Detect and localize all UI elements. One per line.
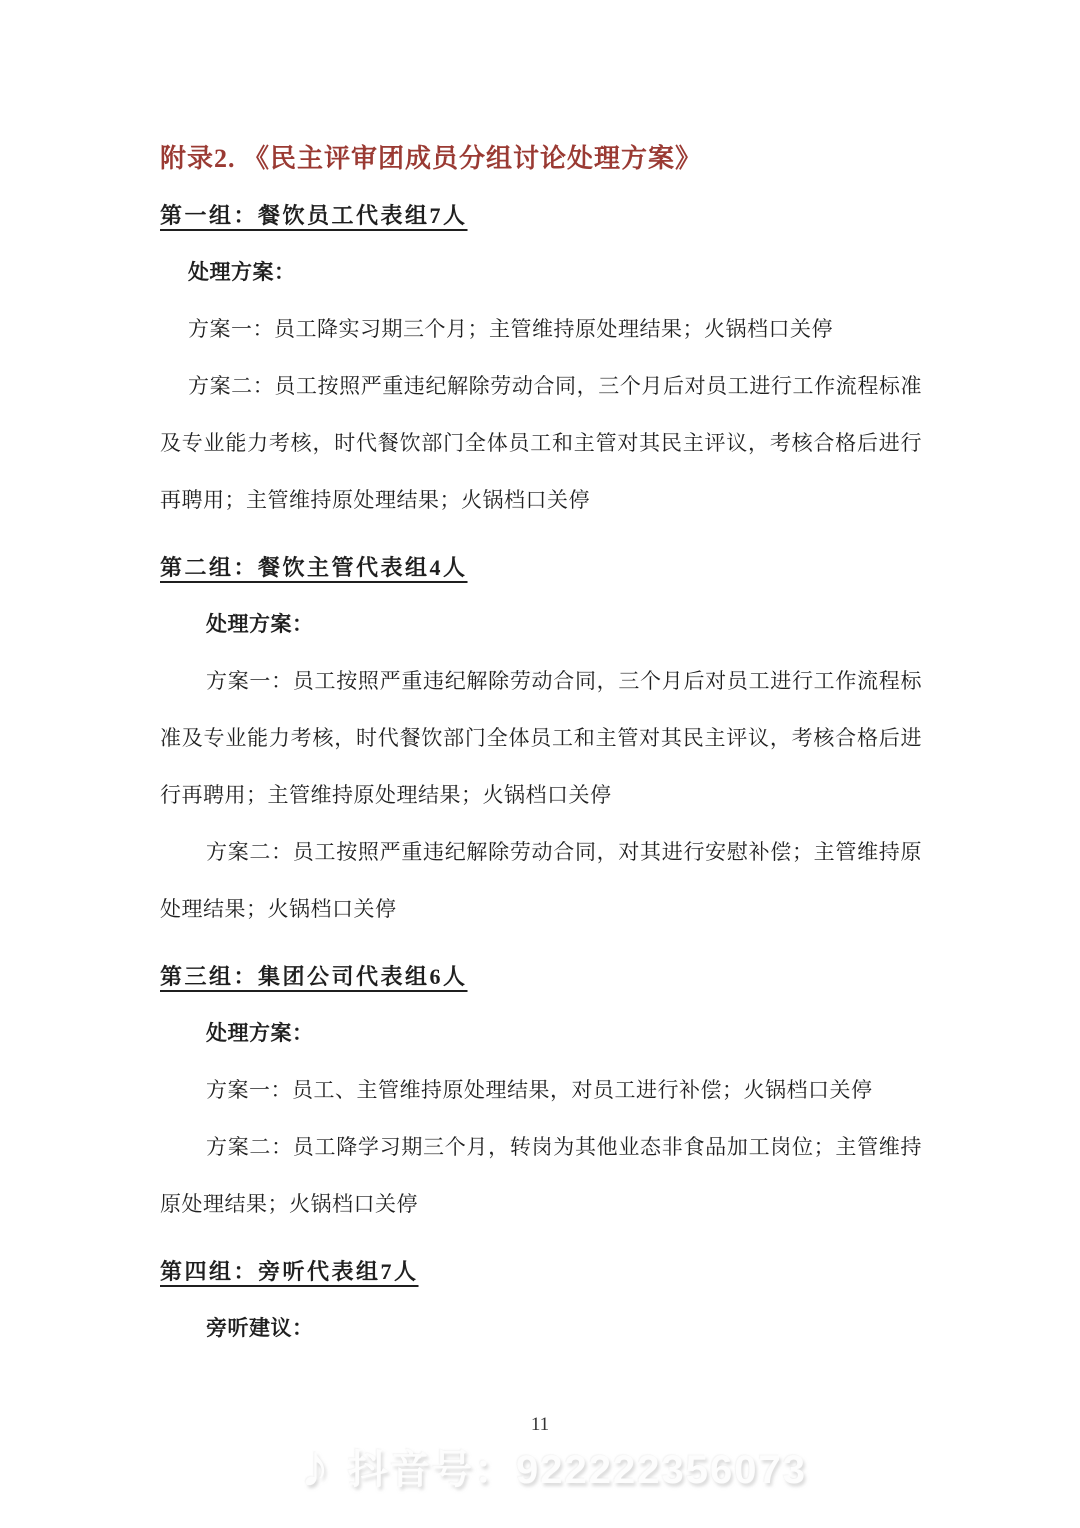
group-4-label: 旁听建议： <box>160 1300 922 1357</box>
group-2-heading: 第二组：餐饮主管代表组4人 <box>160 539 468 596</box>
document-title: 附录2. 《民主评审团成员分组讨论处理方案》 <box>160 130 922 187</box>
group-3-paragraph-2: 方案二：员工降学习期三个月，转岗为其他业态非食品加工岗位；主管维持原处理结果；火… <box>160 1119 922 1233</box>
document-page: 附录2. 《民主评审团成员分组讨论处理方案》 第一组：餐饮员工代表组7人 处理方… <box>160 130 922 1357</box>
group-1-heading: 第一组：餐饮员工代表组7人 <box>160 187 468 244</box>
group-section-3: 第三组：集团公司代表组6人 处理方案： 方案一：员工、主管维持原处理结果，对员工… <box>160 948 922 1233</box>
group-3-heading: 第三组：集团公司代表组6人 <box>160 948 468 1005</box>
douyin-note-icon: ♪ <box>300 1436 330 1496</box>
group-section-4: 第四组：旁听代表组7人 旁听建议： <box>160 1243 922 1357</box>
group-3-paragraph-1: 方案一：员工、主管维持原处理结果，对员工进行补偿；火锅档口关停 <box>160 1062 922 1119</box>
page-number: 11 <box>0 1414 1080 1436</box>
watermark-text: 抖音号：922222356073 <box>348 1438 807 1495</box>
group-1-label: 处理方案： <box>160 244 922 301</box>
group-section-2: 第二组：餐饮主管代表组4人 处理方案： 方案一：员工按照严重违纪解除劳动合同，三… <box>160 539 922 938</box>
douyin-watermark: ♪ 抖音号：922222356073 <box>300 1436 807 1496</box>
group-4-heading: 第四组：旁听代表组7人 <box>160 1243 419 1300</box>
group-2-paragraph-2: 方案二：员工按照严重违纪解除劳动合同，对其进行安慰补偿；主管维持原处理结果；火锅… <box>160 824 922 938</box>
group-3-label: 处理方案： <box>160 1005 922 1062</box>
group-1-paragraph-1: 方案一：员工降实习期三个月；主管维持原处理结果；火锅档口关停 <box>160 301 922 358</box>
group-1-paragraph-2: 方案二：员工按照严重违纪解除劳动合同，三个月后对员工进行工作流程标准及专业能力考… <box>160 358 922 529</box>
group-2-label: 处理方案： <box>160 596 922 653</box>
group-section-1: 第一组：餐饮员工代表组7人 处理方案： 方案一：员工降实习期三个月；主管维持原处… <box>160 187 922 529</box>
group-2-paragraph-1: 方案一：员工按照严重违纪解除劳动合同，三个月后对员工进行工作流程标准及专业能力考… <box>160 653 922 824</box>
